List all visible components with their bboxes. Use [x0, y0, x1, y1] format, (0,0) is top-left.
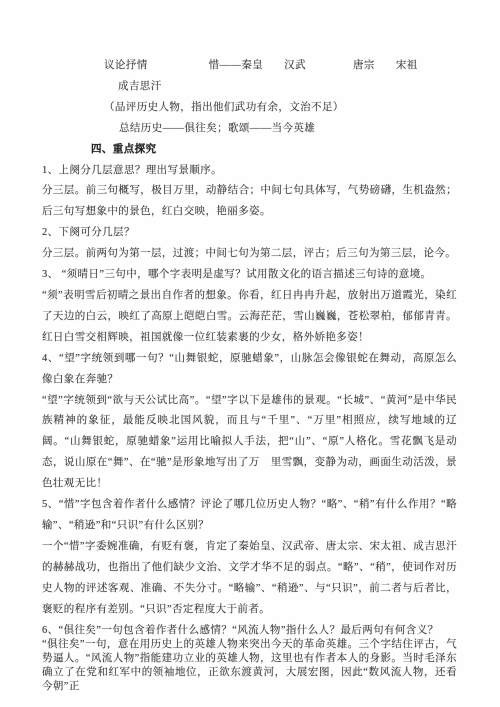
outline-line-comment: （品评历史人物，指出他们武功有余，文治不足）: [42, 98, 457, 119]
outline-term-genghis-khan: 成吉思汗: [118, 77, 162, 98]
question-3: 3、 “须晴日”三句中，哪个字表明是虚写？试用散文化的语言描述三句诗的意境。: [42, 265, 457, 286]
document-page: 议论抒情 惜——秦皇 汉武 唐宗 宋祖 成吉思汗 （品评历史人物，指出他们武功有…: [0, 0, 500, 707]
outline-term-hanwu: 汉武: [284, 56, 306, 77]
document-content: 议论抒情 惜——秦皇 汉武 唐宗 宋祖 成吉思汗 （品评历史人物，指出他们武功有…: [0, 0, 500, 693]
answer-4: “望”字统领到“欲与天公试比高”。“望”字以下是雄伟的景观。“长城”、“黄河”是…: [42, 391, 457, 496]
section-heading-key-exploration: 四、重点探究: [42, 140, 457, 161]
answer-6: “俱往矣”一句，意在用历史上的英雄人物来突出今天的革命英雄。三个字结住评古，气势…: [42, 638, 457, 693]
answer-3: “须”表明雪后初晴之景出自作者的想象。你看，红日冉冉升起，放射出万道霞光，染红了…: [42, 286, 457, 349]
question-1: 1、上阕分几层意思？理出写景顺序。: [42, 161, 457, 182]
answer-5: 一个“惜”字委婉准确，有贬有褒，肯定了秦始皇、汉武帝、唐太宗、宋太祖、成吉思汗的…: [42, 537, 457, 621]
question-2: 2、下阕可分几层？: [42, 223, 457, 244]
question-6: 6、“俱往矣”一句包含着作者什么感情？“风流人物”指什么人？最后两句有何含义？: [42, 624, 457, 638]
outline-term-songzu: 宋祖: [396, 56, 418, 77]
outline-term-tangzong: 唐宗: [353, 56, 375, 77]
outline-term-regret-qinhuang: 惜——秦皇: [209, 56, 264, 77]
outline-term-lyric-mode: 议论抒情: [104, 56, 148, 77]
outline-line-summary: 总结历史——俱往矣；歌颂——当今英雄: [42, 119, 457, 140]
question-4: 4、“望”字统领到哪一句？“山舞银蛇，原驰蜡象”，山脉怎会像银蛇在舞动，高原怎么…: [42, 349, 457, 391]
question-5: 5、“惜”字包含着作者什么感情？评论了哪几位历史人物？“略”、“稍”有什么作用？…: [42, 495, 457, 537]
answer-1: 分三层。前三句概写，极目万里，动静结合；中间七句具体写，气势磅礴，生机盎然；后三…: [42, 181, 457, 223]
outline-line-discussion: 议论抒情 惜——秦皇 汉武 唐宗 宋祖 成吉思汗: [42, 56, 457, 98]
answer-2: 分三层。前两句为第一层，过渡；中间七句为第二层，评古；后三句为第三层，论今。: [42, 244, 457, 265]
